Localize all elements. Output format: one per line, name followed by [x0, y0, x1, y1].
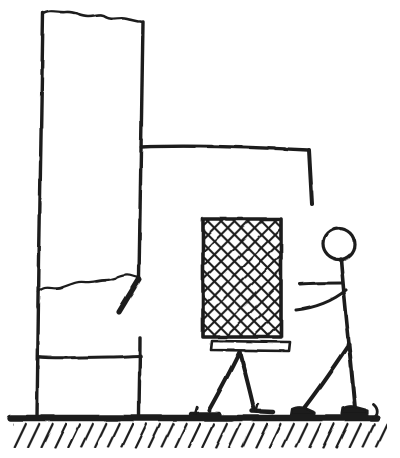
wall-inner-horizontal [38, 356, 141, 358]
carrier-right-leg [240, 353, 254, 409]
ledge-horizontal [141, 146, 308, 150]
walking-stick-figure [291, 229, 367, 416]
wall-break-diagonal [119, 279, 139, 312]
figure-front-leg [304, 344, 349, 408]
drawing-svg [0, 0, 400, 458]
ground-hatching [13, 421, 387, 448]
wall-right-edge-upper [139, 22, 143, 277]
carrier-left-leg [209, 353, 239, 410]
figure-back-leg [349, 344, 355, 408]
figure-head [324, 229, 355, 260]
wall-top-torn-edge [43, 11, 143, 22]
box-crosshatch-fill [205, 221, 280, 336]
figure-back-foot [342, 406, 367, 414]
carrier-plank [211, 341, 290, 351]
figure-body [341, 259, 349, 344]
illustration-canvas [0, 0, 400, 458]
figure-upper-arm [300, 283, 343, 284]
ground [10, 404, 387, 448]
figure-lower-arm [296, 290, 346, 310]
wall-break-wavy-line [38, 275, 139, 292]
figure-front-foot [291, 407, 314, 415]
counter-ledge [141, 146, 312, 204]
crosshatched-box [203, 219, 281, 337]
wall-right-edge-lower [139, 338, 140, 417]
broken-wall [37, 11, 143, 417]
box-carrier [191, 341, 290, 414]
ledge-vertical-drop [309, 150, 312, 204]
